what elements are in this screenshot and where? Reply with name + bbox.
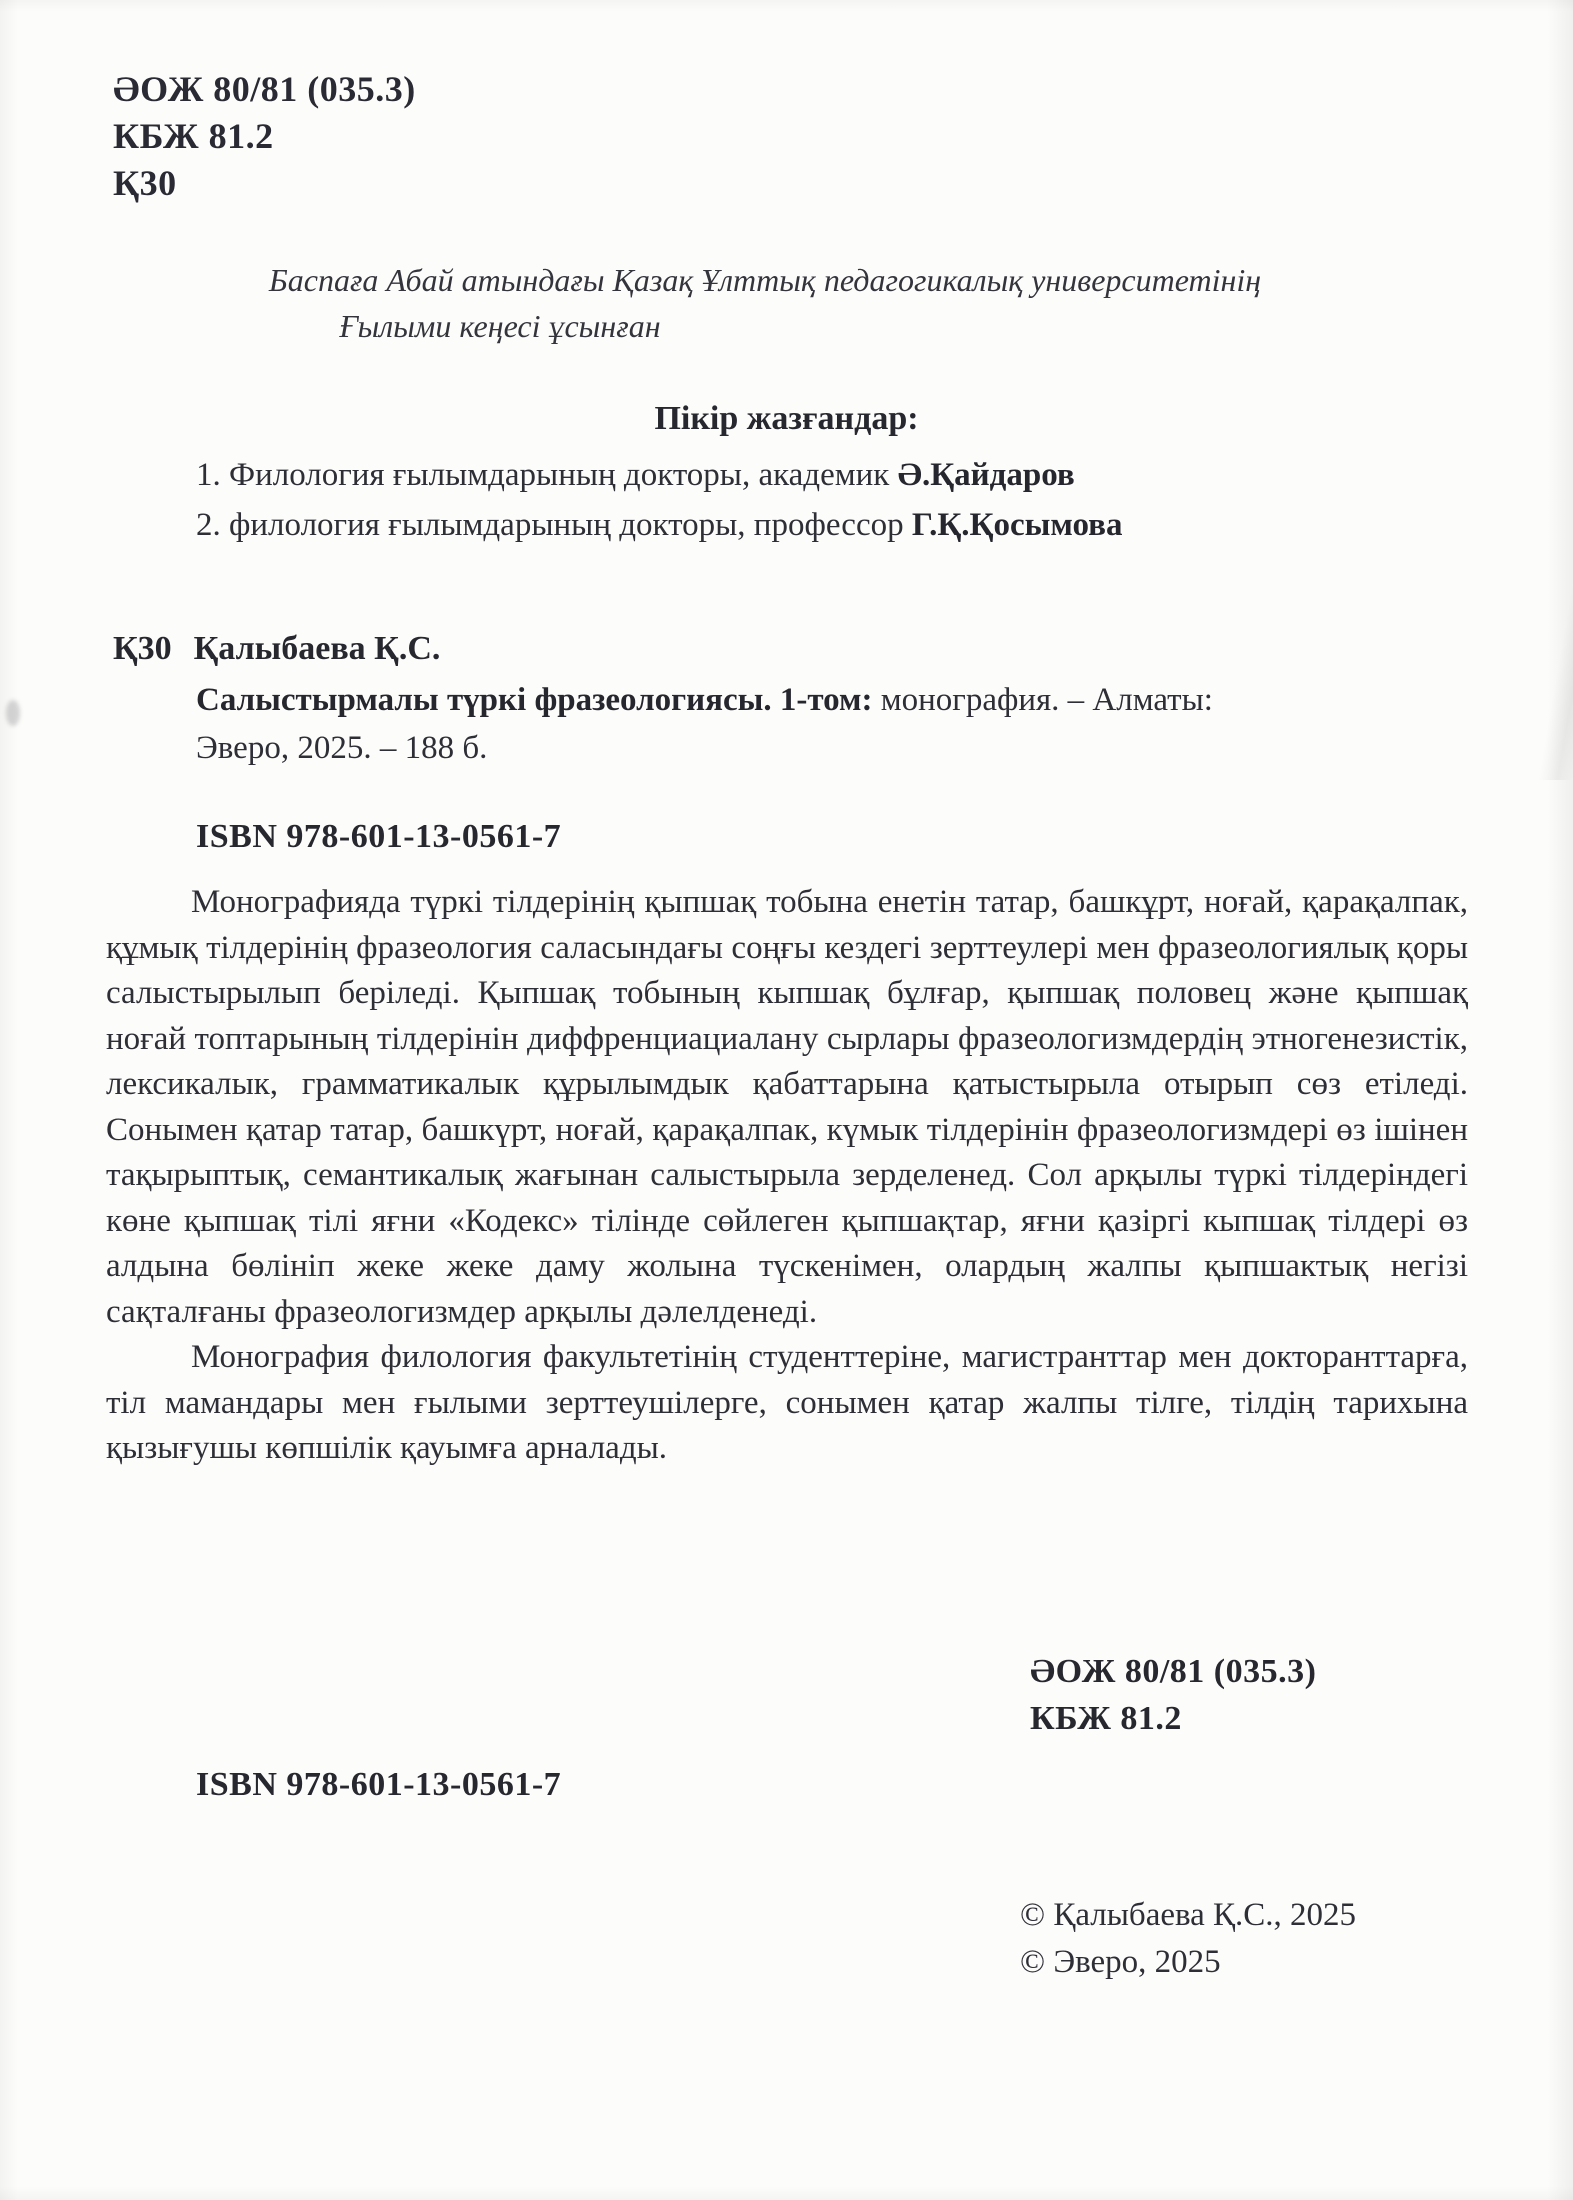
author-sign-code: Қ30 [113,160,416,207]
annotation-paragraph-2: Монография филология факультетінің студе… [106,1335,1468,1472]
copyright-author: © Қалыбаева Қ.С., 2025 [1020,1892,1356,1939]
isbn-top: ISBN 978-601-13-0561-7 [196,818,561,856]
catalog-entry-header: Қ30Қалыбаева Қ.С. [113,630,440,668]
book-title: Салыстырмалы түркі фразеологиясы. 1-том: [196,682,881,718]
bottom-classification-codes: ӘОЖ 80/81 (035.3) КБЖ 81.2 [1030,1648,1316,1742]
book-subtitle: монография. – Алматы: [881,682,1213,718]
bbk-code-bottom: КБЖ 81.2 [1030,1695,1316,1742]
scanned-book-imprint-page: ӘОЖ 80/81 (035.3) КБЖ 81.2 Қ30 Баспаға А… [0,0,1573,2200]
reviewer-description: 1. Филология ғылымдарының докторы, акаде… [196,457,898,493]
isbn-bottom: ISBN 978-601-13-0561-7 [196,1766,561,1804]
recommendation-line-1: Баспаға Абай атындағы Қазақ Ұлттық педаг… [0,262,1530,299]
recommendation-line-2: Ғылыми кеңесі ұсынған [0,308,1000,345]
udc-code: ӘОЖ 80/81 (035.3) [113,66,416,113]
udc-code-bottom: ӘОЖ 80/81 (035.3) [1030,1648,1316,1695]
catalog-author: Қалыбаева Қ.С. [194,630,441,667]
catalog-author-sign: Қ30 [113,630,172,667]
reviewers-heading: Пікір жазғандар: [0,400,1573,438]
reviewer-item: 2. филология ғылымдарының докторы, профе… [196,500,1122,550]
annotation-paragraph-1: Монографияда түркі тілдерінің қыпшақ тоб… [106,880,1468,1335]
reviewer-item: 1. Филология ғылымдарының докторы, акаде… [196,450,1122,500]
catalog-title-line: Салыстырмалы түркі фразеологиясы. 1-том:… [196,682,1213,719]
reviewer-name: Ә.Қайдаров [898,457,1075,493]
catalog-imprint-line: Эверо, 2025. – 188 б. [196,730,487,767]
top-classification-codes: ӘОЖ 80/81 (035.3) КБЖ 81.2 Қ30 [113,66,416,207]
bbk-code: КБЖ 81.2 [113,113,416,160]
copyright-block: © Қалыбаева Қ.С., 2025 © Эверо, 2025 [1020,1892,1356,1986]
scan-fold-shadow [1533,560,1573,780]
reviewer-description: 2. филология ғылымдарының докторы, профе… [196,507,912,543]
copyright-publisher: © Эверо, 2025 [1020,1939,1356,1986]
scan-smudge-artifact [6,700,20,726]
annotation-block: Монографияда түркі тілдерінің қыпшақ тоб… [106,880,1468,1472]
reviewer-name: Г.Қ.Қосымова [912,507,1123,543]
reviewers-list: 1. Филология ғылымдарының докторы, акаде… [196,450,1122,550]
